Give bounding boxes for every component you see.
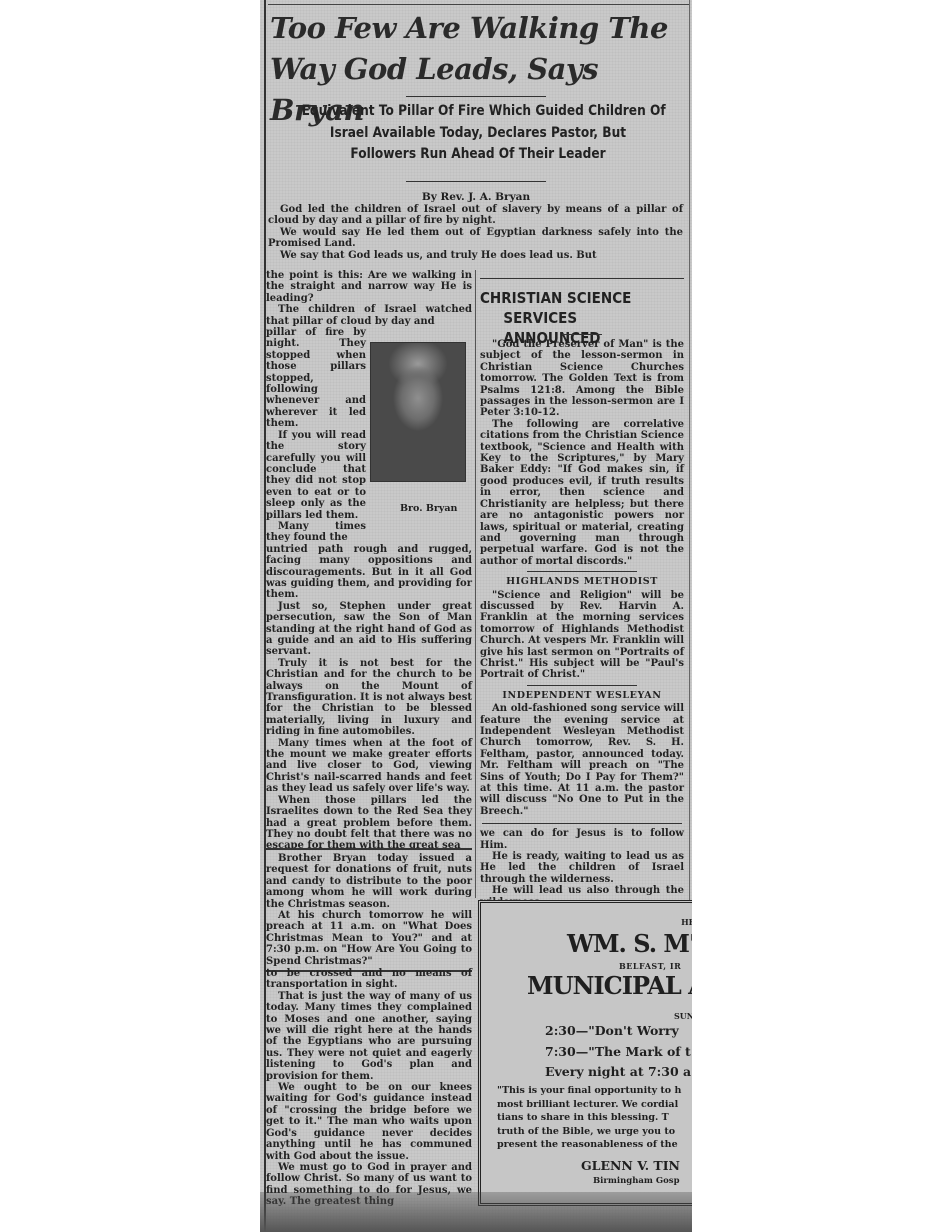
paragraph: He is ready, waiting to lead us as He le… [480, 851, 684, 885]
ad-kicker: HEA [681, 917, 692, 927]
ad-blurb: "This is your final opportunity to h mos… [497, 1084, 681, 1152]
ad-signature: GLENN V. TIN [581, 1158, 680, 1173]
ad-schedule-line: Every night at 7:30 a [545, 1064, 691, 1079]
paragraph: Many times they found the [266, 521, 366, 544]
section-rule [482, 823, 682, 824]
ad-blurb-line: truth of the Bible, we urge you to [497, 1125, 681, 1139]
photo-caption: Bro. Bryan [400, 503, 457, 514]
paragraph: to be crossed and no means of transporta… [266, 968, 472, 991]
byline: By Rev. J. A. Bryan [260, 191, 692, 203]
paragraph: The children of Israel watched that pill… [266, 304, 472, 327]
article-intro: God led the children of Israel out of sl… [268, 204, 683, 261]
paragraph: We would say He led them out of Egyptian… [268, 227, 683, 250]
church-notices-column: "God the Preserver of Man" is the subjec… [480, 334, 684, 908]
paragraph: The following are correlative citations … [480, 419, 684, 567]
ad-blurb-line: present the reasonableness of the [497, 1138, 681, 1152]
article-deck: Equivalent To Pillar Of Fire Which Guide… [302, 101, 655, 166]
portrait-photo-bro-bryan [370, 342, 466, 482]
short-rule [562, 334, 602, 335]
paragraph: Brother Bryan today issued a request for… [266, 853, 472, 910]
paragraph: We say that God leads us, and truly He d… [268, 250, 683, 261]
headline-rule [406, 96, 546, 97]
paragraph: Truly it is not best for the Christian a… [266, 658, 472, 738]
newspaper-clipping: Too Few Are Walking The Way God Leads, S… [260, 0, 692, 1232]
ad-schedule-line: 2:30—"Don't Worry [545, 1023, 679, 1038]
boxed-note: Brother Bryan today issued a request for… [266, 848, 472, 972]
top-rule [268, 4, 690, 5]
paragraph: the point is this: Are we walking in the… [266, 270, 472, 304]
paragraph: An old-fashioned song service will featu… [480, 703, 684, 817]
paragraph: When those pillars led the Israelites do… [266, 795, 472, 852]
independent-wesleyan-heading: INDEPENDENT WESLEYAN [480, 690, 684, 701]
paragraph: "Science and Religion" will be discussed… [480, 590, 684, 681]
paragraph: We ought to be on our knees waiting for … [266, 1082, 472, 1162]
deck-line: Followers Run Ahead Of Their Leader [302, 144, 655, 166]
paragraph: If you will read the story carefully you… [266, 430, 366, 521]
deck-line: Equivalent To Pillar Of Fire Which Guide… [302, 101, 655, 123]
section-rule [527, 685, 637, 686]
headline-line: CHRISTIAN SCIENCE [480, 288, 664, 308]
deck-line: Israel Available Today, Declares Pastor,… [302, 123, 655, 145]
advertisement-box: HEA WM. S. M'BI BELFAST, IR MUNICIPAL A … [478, 900, 692, 1206]
ad-blurb-line: tians to share in this blessing. T [497, 1111, 681, 1125]
section-rule [527, 571, 637, 572]
paragraph: untried path rough and rugged, facing ma… [266, 544, 472, 601]
paragraph: God led the children of Israel out of sl… [268, 204, 683, 227]
paragraph: That is just the way of many of us today… [266, 991, 472, 1082]
paragraph: "God the Preserver of Man" is the subjec… [480, 339, 684, 419]
right-column-rule [689, 0, 690, 900]
sidebar-top-rule [480, 278, 684, 279]
ad-day: SUND [674, 1011, 692, 1021]
ad-location: BELFAST, IR [619, 961, 681, 971]
ad-schedule-line: 7:30—"The Mark of t [545, 1044, 691, 1059]
paragraph: pillar of fire by night. They stopped wh… [266, 327, 366, 430]
paragraph: we can do for Jesus is to follow Him. [480, 828, 684, 851]
text-wrap-beside-photo: pillar of fire by night. They stopped wh… [266, 327, 366, 544]
ad-speaker-name: WM. S. M'BI [567, 929, 692, 958]
paragraph: We must go to God in prayer and follow C… [266, 1162, 472, 1208]
column-divider [475, 270, 476, 898]
paragraph: Just so, Stephen under great persecution… [266, 601, 472, 658]
ad-blurb-line: most brilliant lecturer. We cordial [497, 1098, 681, 1112]
headline-line: Too Few Are Walking The [270, 8, 690, 49]
article-column-1-continued: to be crossed and no means of transporta… [266, 968, 472, 1208]
deck-rule [406, 181, 546, 182]
ad-signature-subtitle: Birmingham Gosp [593, 1176, 680, 1186]
ad-blurb-line: "This is your final opportunity to h [497, 1084, 681, 1098]
highlands-methodist-heading: HIGHLANDS METHODIST [480, 576, 684, 587]
ad-venue: MUNICIPAL A [527, 971, 692, 1000]
paragraph: At his church tomorrow he will preach at… [266, 910, 472, 967]
paragraph: Many times when at the foot of the mount… [266, 738, 472, 795]
